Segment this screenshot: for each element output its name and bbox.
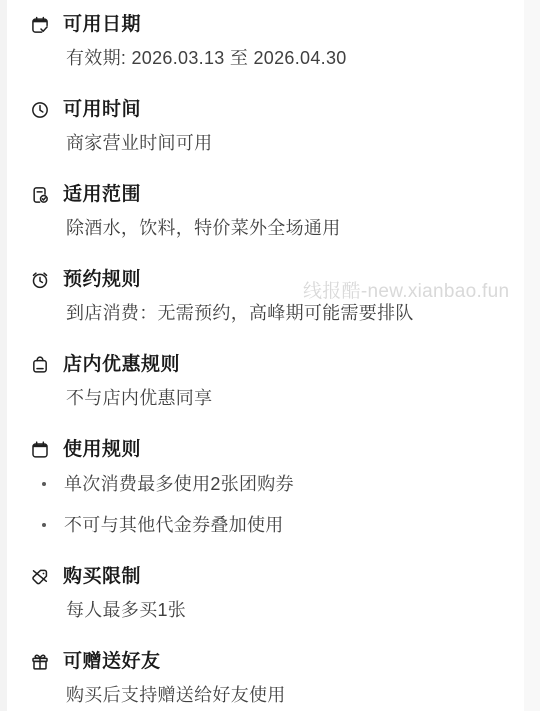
calendar-check-icon	[30, 15, 50, 35]
section-title: 可赠送好友	[63, 650, 161, 674]
rule-text: 单次消费最多使用2张团购券	[64, 472, 294, 496]
section-text: 不与店内优惠同享	[66, 386, 508, 410]
section-text: 购买后支持赠送给好友使用	[66, 683, 508, 707]
section-title: 可用日期	[63, 13, 141, 37]
document-check-icon	[30, 185, 50, 205]
section-text: 有效期: 2026.03.13 至 2026.04.30	[66, 46, 508, 70]
section-text: 到店消费：无需预约，高峰期可能需要排队	[66, 301, 508, 325]
section-title: 使用规则	[63, 438, 141, 462]
section-text: 商家营业时间可用	[66, 131, 508, 155]
section-instore-discount-rules: 店内优惠规则 不与店内优惠同享	[30, 353, 508, 410]
section-available-dates: 可用日期 有效期: 2026.03.13 至 2026.04.30	[30, 13, 508, 70]
section-reservation-rules: 预约规则 到店消费：无需预约，高峰期可能需要排队	[30, 268, 508, 325]
clock-icon	[30, 100, 50, 120]
section-text: 每人最多买1张	[66, 598, 508, 622]
shopping-bag-icon	[30, 355, 50, 375]
section-available-time: 可用时间 商家营业时间可用	[30, 98, 508, 155]
section-title: 预约规则	[63, 268, 141, 292]
section-title: 可用时间	[63, 98, 141, 122]
section-title: 购买限制	[63, 565, 141, 589]
rule-text: 不可与其他代金券叠加使用	[64, 513, 284, 537]
alarm-clock-icon	[30, 270, 50, 290]
section-gift-to-friends: 可赠送好友 购买后支持赠送给好友使用	[30, 650, 508, 707]
bullet-dot	[42, 482, 46, 486]
rules-list: 可用日期 有效期: 2026.03.13 至 2026.04.30 可用时间 商…	[0, 0, 540, 707]
section-applicable-scope: 适用范围 除酒水，饮料，特价菜外全场通用	[30, 183, 508, 240]
coupon-rules-page: 线报酷-new.xianbao.fun 可用日期 有效期: 2026.03.13…	[0, 0, 540, 711]
section-title: 适用范围	[63, 183, 141, 207]
calendar-icon	[30, 440, 50, 460]
gift-icon	[30, 652, 50, 672]
section-text: 除酒水，饮料，特价菜外全场通用	[66, 216, 508, 240]
bullet-dot	[42, 523, 46, 527]
section-purchase-limit: 购买限制 每人最多买1张	[30, 565, 508, 622]
section-usage-rules: 使用规则 单次消费最多使用2张团购券 不可与其他代金券叠加使用	[30, 438, 508, 537]
tag-slash-icon	[30, 567, 50, 587]
rule-bullet-item: 单次消费最多使用2张团购券	[42, 472, 508, 496]
rule-bullet-item: 不可与其他代金券叠加使用	[42, 513, 508, 537]
section-title: 店内优惠规则	[63, 353, 180, 377]
